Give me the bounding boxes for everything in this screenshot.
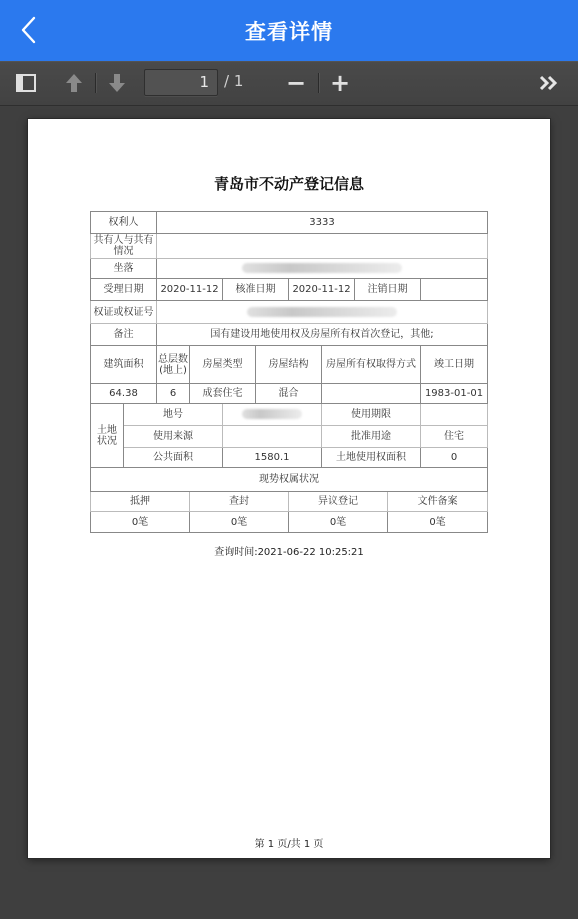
page-title: 查看详情 — [245, 16, 333, 46]
zoom-in-button[interactable]: + — [328, 70, 352, 96]
table-row: 共有人与共有情况 — [91, 234, 488, 259]
remark-value: 国有建设用地使用权及房屋所有权首次登记，其他; — [157, 324, 488, 346]
source-value — [223, 426, 322, 448]
building-header: 房屋所有权取得方式 — [322, 346, 421, 384]
table-row: 0笔 0笔 0笔 0笔 — [91, 512, 488, 533]
remark-label: 备注 — [91, 324, 157, 346]
toolbar-separator — [95, 73, 96, 93]
source-label: 使用来源 — [124, 426, 223, 448]
owner-label: 权利人 — [91, 212, 157, 234]
rights-status-header: 抵押 — [91, 492, 190, 512]
sidebar-toggle-button[interactable] — [14, 71, 38, 95]
building-header: 建筑面积 — [91, 346, 157, 384]
table-row: 权证或权证号 — [91, 301, 488, 324]
accept-date-value: 2020-11-12 — [157, 279, 223, 301]
cert-no-label: 权证或权证号 — [91, 301, 157, 324]
redacted-parcel-no — [242, 409, 302, 419]
sidebar-toggle-icon — [16, 74, 36, 92]
arrow-up-icon — [65, 73, 83, 93]
page-footer: 第 1 页/共 1 页 — [28, 835, 550, 850]
building-header: 总层数(地上) — [157, 346, 190, 384]
building-header: 房屋结构 — [256, 346, 322, 384]
arrow-down-icon — [108, 73, 126, 93]
pdf-page: 青岛市不动产登记信息 权利人 3333 共有人与共有情况 坐落 受理日期 202… — [28, 119, 550, 858]
table-row: 建筑面积 总层数(地上) 房屋类型 房屋结构 房屋所有权取得方式 竣工日期 — [91, 346, 488, 384]
table-row: 权利人 3333 — [91, 212, 488, 234]
approved-use-label: 批准用途 — [322, 426, 421, 448]
building-header: 房屋类型 — [190, 346, 256, 384]
cancel-date-value — [421, 279, 488, 301]
table-row: 抵押 查封 异议登记 文件备案 — [91, 492, 488, 512]
rights-status-header: 文件备案 — [388, 492, 488, 512]
rights-status-value: 0笔 — [91, 512, 190, 533]
accept-date-label: 受理日期 — [91, 279, 157, 301]
building-value: 64.38 — [91, 384, 157, 404]
table-row: 坐落 — [91, 259, 488, 279]
zoom-out-button[interactable]: − — [284, 70, 308, 96]
parcel-no-label: 地号 — [124, 404, 223, 426]
redacted-cert-no — [247, 307, 397, 317]
more-tools-button[interactable] — [536, 70, 562, 96]
co-owner-value — [157, 234, 488, 259]
cancel-date-label: 注销日期 — [355, 279, 421, 301]
building-header: 竣工日期 — [421, 346, 488, 384]
rights-status-value: 0笔 — [289, 512, 388, 533]
rights-status-header: 查封 — [190, 492, 289, 512]
parcel-no-value — [223, 404, 322, 426]
rights-status-title: 现势权属状况 — [91, 468, 488, 492]
rights-status-header: 异议登记 — [289, 492, 388, 512]
building-value: 6 — [157, 384, 190, 404]
cert-no-value — [157, 301, 488, 324]
page-number-input[interactable]: 1 — [144, 69, 218, 96]
public-area-value: 1580.1 — [223, 448, 322, 468]
previous-page-button[interactable] — [62, 71, 86, 95]
rights-status-value: 0笔 — [388, 512, 488, 533]
table-row: 64.38 6 成套住宅 混合 1983-01-01 — [91, 384, 488, 404]
table-row: 土地状况 地号 使用期限 — [91, 404, 488, 426]
table-row: 现势权属状况 — [91, 468, 488, 492]
query-time: 查询时间:2021-06-22 10:25:21 — [28, 543, 550, 558]
co-owner-label: 共有人与共有情况 — [91, 234, 157, 259]
term-value — [421, 404, 488, 426]
table-row: 受理日期 2020-11-12 核准日期 2020-11-12 注销日期 — [91, 279, 488, 301]
double-chevron-right-icon — [539, 75, 559, 91]
back-button[interactable] — [14, 12, 42, 48]
location-value — [157, 259, 488, 279]
toolbar-separator — [318, 73, 319, 93]
location-label: 坐落 — [91, 259, 157, 279]
public-area-label: 公共面积 — [124, 448, 223, 468]
redacted-location — [242, 263, 402, 273]
land-use-area-value: 0 — [421, 448, 488, 468]
chevron-left-icon — [19, 15, 37, 45]
document-title: 青岛市不动产登记信息 — [28, 173, 550, 194]
rights-status-value: 0笔 — [190, 512, 289, 533]
land-use-area-label: 土地使用权面积 — [322, 448, 421, 468]
approve-date-label: 核准日期 — [223, 279, 289, 301]
building-value: 混合 — [256, 384, 322, 404]
approve-date-value: 2020-11-12 — [289, 279, 355, 301]
table-row: 使用来源 批准用途 住宅 — [91, 426, 488, 448]
page-count-label: / 1 — [224, 72, 243, 90]
building-value: 1983-01-01 — [421, 384, 488, 404]
building-value: 成套住宅 — [190, 384, 256, 404]
next-page-button[interactable] — [105, 71, 129, 95]
approved-use-value: 住宅 — [421, 426, 488, 448]
table-row: 备注 国有建设用地使用权及房屋所有权首次登记，其他; — [91, 324, 488, 346]
app-header: 查看详情 — [0, 0, 578, 61]
owner-value: 3333 — [157, 212, 488, 234]
property-info-table: 权利人 3333 共有人与共有情况 坐落 受理日期 2020-11-12 核准日… — [90, 211, 488, 533]
table-row: 公共面积 1580.1 土地使用权面积 0 — [91, 448, 488, 468]
building-value — [322, 384, 421, 404]
land-section-label: 土地状况 — [91, 404, 124, 468]
term-label: 使用期限 — [322, 404, 421, 426]
